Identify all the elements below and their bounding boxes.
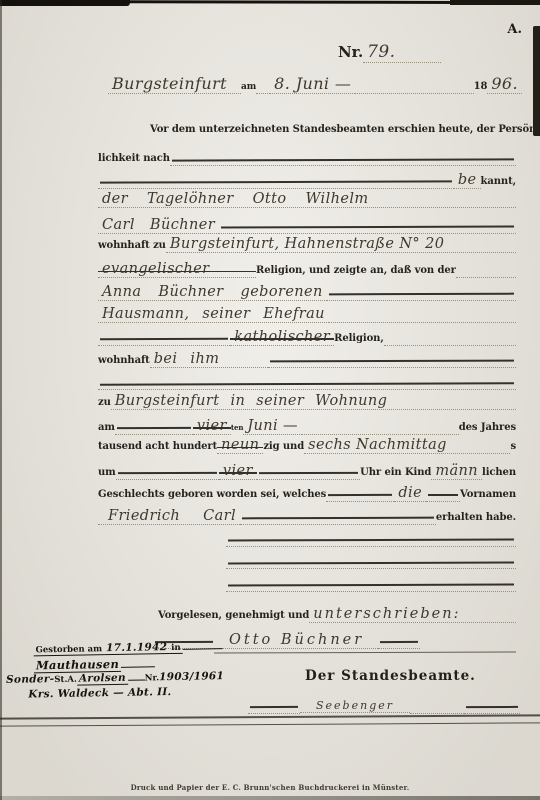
- printed-text: kannt,: [481, 176, 516, 187]
- form-line-blank3: [226, 549, 516, 571]
- handwritten-entry: der Tagelöhner Otto Wilhelm: [98, 191, 516, 208]
- form-line-father-religion: evangelischer Religion, und zeigte an, d…: [98, 258, 516, 280]
- handwritten-entry: die: [394, 485, 426, 502]
- am-label: am: [241, 82, 256, 92]
- printed-text: tausend acht hundert: [98, 441, 217, 452]
- handwritten-entry: Hausmann, seiner Ehefrau: [98, 306, 329, 323]
- blank-rule: [355, 74, 473, 94]
- printed-text: Religion, und zeigte an, daß von der: [256, 265, 456, 276]
- handwritten-entry: sechs Nachmittag: [304, 437, 510, 454]
- blank-rule: [257, 460, 360, 480]
- form-line-birthplace: zu Burgsteinfurt in seiner Wohnung: [98, 393, 516, 415]
- form-line-birthdate: am vier ten Juni — des Jahres: [98, 415, 516, 437]
- place-handwritten: Burgsteinfurt: [108, 74, 241, 94]
- date-line: Burgsteinfurt am 8. Juni — 18 96.: [108, 74, 522, 94]
- blank-rule: [464, 694, 520, 714]
- blank-rule: [410, 694, 464, 714]
- form-line-blank: [98, 370, 516, 392]
- scan-edge-bottom: [0, 796, 540, 800]
- died-date: 17.1.1942: [104, 641, 169, 655]
- nr-label: Nr.: [145, 673, 160, 683]
- blank-rule: [219, 214, 516, 234]
- blank-rule: [240, 505, 436, 525]
- office-sta-label: St.A.: [54, 675, 77, 685]
- printed-text: Geschlechts geboren worden sei, welches: [98, 489, 326, 500]
- form-line-intro1: Vor dem unterzeichneten Standesbeamten e…: [98, 124, 516, 146]
- registrar-signature-row: Seebenger: [248, 694, 520, 714]
- record-number-value: 79.: [363, 42, 441, 63]
- blank-rule: [226, 572, 516, 592]
- printed-suffix: ten: [231, 423, 243, 432]
- form-line-residence2: wohnhaft bei ihm: [98, 348, 516, 370]
- handwritten-entry: vier: [219, 463, 257, 480]
- blank-rule: [121, 666, 155, 668]
- handwritten-entry: Anna Büchner geborenen: [98, 284, 327, 301]
- form-body: Vor dem unterzeichneten Standesbeamten e…: [98, 124, 516, 651]
- blank-rule: [329, 303, 516, 323]
- corner-letter: A.: [507, 22, 522, 37]
- blank-rule: [183, 648, 223, 650]
- century-print: 18: [474, 81, 488, 92]
- district-text: Krs. Waldeck — Abt. II.: [28, 686, 171, 700]
- form-line-mother-religion: katholischer Religion,: [98, 326, 516, 348]
- handwritten-entry: vier: [193, 418, 231, 435]
- form-line-blank2: [226, 527, 516, 549]
- handwritten-entry: Friedrich Carl: [98, 508, 240, 525]
- form-line-mother1: Anna Büchner geborenen: [98, 281, 516, 303]
- form-line-givennames: Friedrich Carl erhalten habe.: [98, 505, 516, 527]
- rule-line: [0, 722, 540, 727]
- blank-rule: [128, 679, 145, 680]
- death-annotation-stamp: Gestorben am 17.1.1942 in Mauthausen Son…: [5, 640, 224, 704]
- handwritten-entry: Burgsteinfurt in seiner Wohnung: [111, 393, 516, 410]
- printed-text: zig und: [263, 441, 304, 452]
- blank-rule: [268, 348, 516, 368]
- died-label: Gestorben am: [34, 644, 105, 656]
- handwritten-entry: Burgsteinfurt, Hahnenstraße N° 20: [166, 236, 516, 253]
- blank-rule: [115, 415, 193, 435]
- blank-rule: [384, 326, 516, 346]
- handwritten-entry: männ: [431, 463, 482, 480]
- printed-text: Religion,: [334, 333, 384, 344]
- year-handwritten: 96.: [487, 74, 522, 94]
- scan-edge-top-right: [450, 0, 540, 5]
- blank-rule: [98, 169, 454, 189]
- form-line-known: be kannt,: [98, 169, 516, 191]
- document-page: A. Nr. 79. Burgsteinfurt am 8. Juni — 18…: [0, 0, 540, 800]
- blank-rule: [378, 629, 420, 649]
- form-line-birthhour: um vier Uhr ein Kind männ lichen: [98, 460, 516, 482]
- attestation-line1: Vorgelesen, genehmigt und unterschrieben…: [158, 606, 516, 628]
- form-line-mother2: Hausmann, seiner Ehefrau: [98, 303, 516, 325]
- form-line-declarant2: Carl Büchner: [98, 214, 516, 236]
- date-handwritten: 8. Juni —: [270, 74, 355, 94]
- handwritten-entry: unterschrieben:: [309, 606, 516, 623]
- handwritten-entry: evangelischer: [98, 261, 256, 278]
- death-place: Mauthausen: [34, 657, 121, 674]
- printed-text: Vorgelesen, genehmigt und: [158, 610, 309, 621]
- form-line-intro2: lichkeit nach: [98, 146, 516, 168]
- printed-label: wohnhaft zu: [98, 240, 166, 251]
- printed-text: lichen: [482, 467, 516, 478]
- blank-rule: [226, 549, 516, 569]
- blank-rule: [98, 326, 230, 346]
- printed-text: lichkeit nach: [98, 153, 170, 164]
- blank-rule: [302, 415, 459, 435]
- blank-rule: [98, 370, 516, 390]
- handwritten-entry: Juni —: [243, 418, 302, 435]
- blank-rule: [116, 460, 219, 480]
- handwritten-entry: katholischer: [230, 329, 334, 346]
- blank-rule: [170, 146, 516, 166]
- registrar-title: Der Standesbeamte.: [305, 668, 476, 684]
- printed-text: s: [510, 441, 516, 452]
- office-prefix: Sonder-: [6, 673, 54, 686]
- record-number-label: Nr.: [338, 43, 363, 61]
- horizontal-rule: [214, 651, 516, 653]
- scan-edge-left: [0, 0, 2, 800]
- blank-rule: [326, 482, 394, 502]
- blank-rule: [226, 527, 516, 547]
- blank-rule: [248, 694, 300, 714]
- handwritten-entry: neun: [217, 437, 263, 454]
- printed-text: Vornamen: [460, 489, 516, 500]
- printed-text: Uhr ein Kind: [360, 467, 431, 478]
- nr-value: 1903/1961: [159, 670, 224, 683]
- double-horizontal-rule: [0, 714, 540, 733]
- declarant-signature: Otto Büchner: [215, 632, 378, 649]
- handwritten-entry: Carl Büchner: [98, 217, 219, 234]
- office-place: Arolsen: [77, 672, 128, 686]
- blank-rule: [426, 482, 460, 502]
- printed-label: zu: [98, 397, 111, 408]
- blank-rule: [456, 258, 516, 278]
- printed-text: des Jahres: [459, 422, 516, 433]
- blank-rule: [327, 281, 516, 301]
- printed-text: Vor dem unterzeichneten Standesbeamten e…: [98, 124, 540, 135]
- printed-label: wohnhaft: [98, 355, 150, 366]
- printer-imprint: Druck und Papier der E. C. Brunn'schen B…: [0, 783, 540, 792]
- form-line-blank4: [226, 572, 516, 594]
- scan-edge-top-left: [0, 0, 130, 6]
- handwritten-entry: bei ihm: [150, 351, 268, 368]
- stamp-line-district: Krs. Waldeck — Abt. II.: [6, 685, 224, 704]
- registrar-signature: Seebenger: [300, 699, 410, 713]
- form-line-declarant1: der Tagelöhner Otto Wilhelm: [98, 191, 516, 213]
- record-number-line: Nr. 79.: [338, 42, 441, 63]
- printed-text: erhalten habe.: [436, 512, 516, 523]
- form-line-sex2: Geschlechts geboren worden sei, welches …: [98, 482, 516, 504]
- rule-line: [0, 714, 540, 719]
- handwritten-entry: be: [454, 172, 481, 189]
- blank-rule: [256, 74, 270, 94]
- form-line-year: tausend acht hundert neun zig und sechs …: [98, 437, 516, 459]
- in-label: in: [169, 643, 183, 654]
- form-line-residence: wohnhaft zu Burgsteinfurt, Hahnenstraße …: [98, 236, 516, 258]
- printed-label: um: [98, 467, 116, 478]
- scan-edge-right: [533, 26, 540, 136]
- printed-label: am: [98, 422, 115, 433]
